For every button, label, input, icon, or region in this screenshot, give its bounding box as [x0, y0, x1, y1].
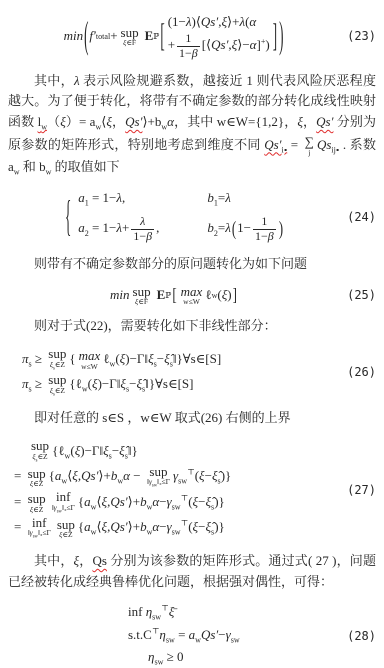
equation-27-line-4: = inf‖γsw‖*≤Γsupξ∈Z{aw⟨ξ,Qs′⟩+bwα−γsw⊤(ξ… [14, 515, 342, 541]
paragraph-risk-coefficient: 其中，λ 表示风险规避系数，越接近 1 则代表风险厌恶程度越大。为了便于转化，将… [8, 71, 376, 180]
equation-27-number: (27) [347, 483, 376, 497]
paragraph-nonlinear-part: 则对于式(22)，需要转化如下非线性部分： [8, 316, 376, 337]
equation-27-line-2: = supξ∈Z{aw⟨ξ,Qs′⟩+bwα − sup‖γsw‖*≤Γγsw⊤… [14, 464, 342, 490]
equation-25-number: (25) [347, 288, 376, 302]
paragraph-duality: 其中，ξ，Qs 分别为该参数的矩阵形式。通过式( 27 )，问题已经被转化成经典… [8, 551, 376, 593]
document-page: min(f′total + supξ∈FEℙ[(1−λ)⟨Qs′,ξ⟩+λ(α+… [0, 0, 384, 668]
equation-28-line-3: ηsw ≥ 0 [128, 647, 342, 668]
equation-24-body: {a1 = 1−λ,b1=λa2 = 1−λ+λ1−β,b2=λ(1−11−β) [6, 190, 342, 244]
equation-28: inf ηsw⊤ξ̄ s.t.C⊤ηsw = awQs′−γsw ηsw ≥ 0… [6, 597, 378, 668]
equation-28-body: inf ηsw⊤ξ̄ s.t.C⊤ηsw = awQs′−γsw ηsw ≥ 0 [6, 602, 342, 668]
equation-28-line-1: inf ηsw⊤ξ̄ [128, 602, 342, 624]
equation-26-number: (26) [347, 365, 376, 379]
equation-24: {a1 = 1−λ,b1=λa2 = 1−λ+λ1−β,b2=λ(1−11−β)… [6, 185, 378, 249]
equation-25: min supξ∈FEℙ[maxw≤Wℓw(ξ)] (25) [6, 280, 378, 312]
equation-23: min(f′total + supξ∈FEℙ[(1−λ)⟨Qs′,ξ⟩+λ(α+… [6, 7, 378, 66]
equation-26-body: πs ≥ supξs∈Z{maxw≤Wℓw(ξ)−Γ‖ξs−ξ̂s‖}∀s∈[S… [6, 347, 342, 398]
equation-28-number: (28) [347, 629, 376, 643]
equation-26: πs ≥ supξs∈Z{maxw≤Wℓw(ξ)−Γ‖ξs−ξ̂s‖}∀s∈[S… [6, 342, 378, 403]
paragraph-upper-bound: 即对任意的 s∈S ，w∈W 取式(26) 右侧的上界 [8, 408, 376, 429]
equation-23-body: min(f′total + supξ∈FEℙ[(1−λ)⟨Qs′,ξ⟩+λ(α+… [6, 12, 342, 61]
equation-25-body: min supξ∈FEℙ[maxw≤Wℓw(ξ)] [6, 285, 342, 307]
equation-26-line-1: πs ≥ supξs∈Z{maxw≤Wℓw(ξ)−Γ‖ξs−ξ̂s‖}∀s∈[S… [22, 347, 342, 373]
paragraph-transform-intro: 则带有不确定参数部分的原问题转化为如下问题 [8, 254, 376, 275]
equation-26-line-2: πs ≥ supξs∈Z{ℓw(ξ)−Γ‖ξs−ξ̂s‖}∀s∈[S] [22, 372, 342, 398]
equation-27-line-3: = supξ∈Zinf‖γsw‖*≤Γ{aw⟨ξ,Qs′⟩+bwα−γsw⊤(ξ… [14, 490, 342, 516]
equation-27: supξs∈Z{ℓw(ξ)−Γ‖ξs−ξ̂s‖} = supξ∈Z{aw⟨ξ,Q… [6, 434, 378, 546]
equation-23-number: (23) [347, 29, 376, 43]
equation-27-body: supξs∈Z{ℓw(ξ)−Γ‖ξs−ξ̂s‖} = supξ∈Z{aw⟨ξ,Q… [6, 439, 342, 541]
equation-24-number: (24) [347, 210, 376, 224]
equation-28-line-2: s.t.C⊤ηsw = awQs′−γsw [128, 625, 342, 647]
equation-27-line-1: supξs∈Z{ℓw(ξ)−Γ‖ξs−ξ̂s‖} [14, 439, 342, 465]
